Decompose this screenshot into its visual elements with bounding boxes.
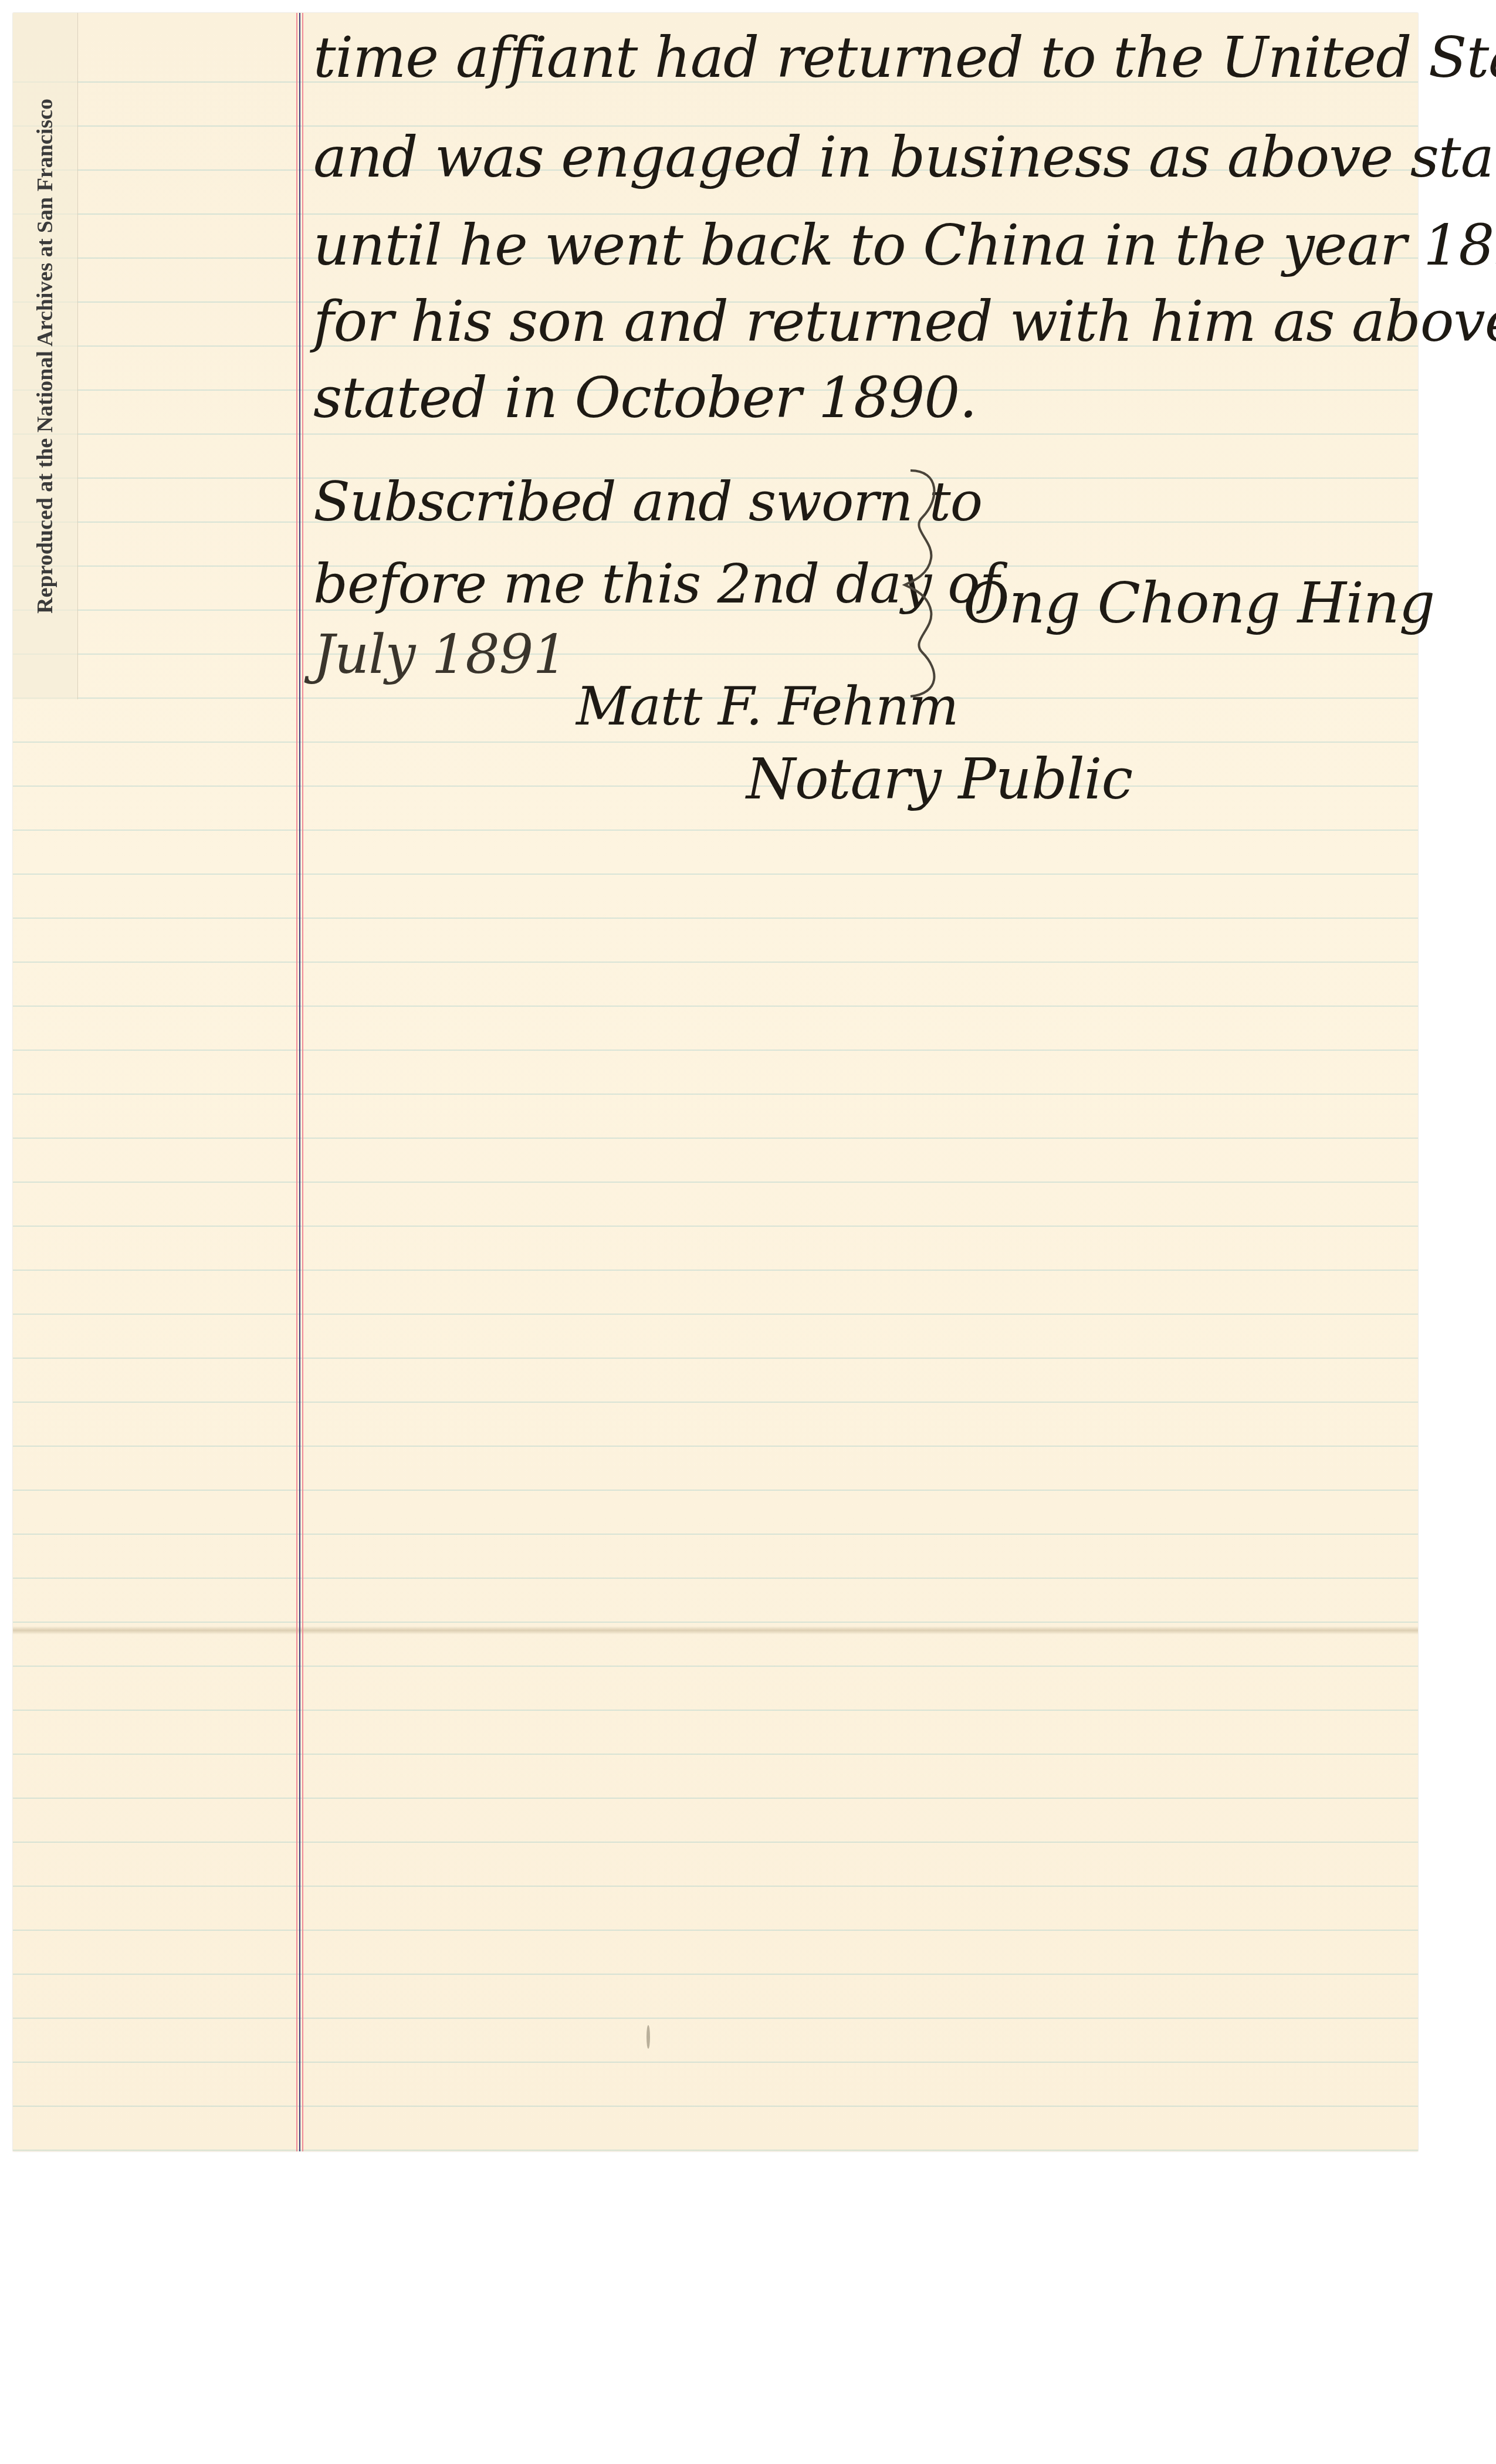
- jurat-line-3: July 1891: [313, 623, 567, 686]
- body-line-4: for his son and returned with him as abo…: [313, 289, 1496, 354]
- jurat-line-1: Subscribed and sworn to: [313, 471, 982, 533]
- affiant-signature: Ong Chong Hing: [963, 570, 1434, 636]
- body-line-2: and was engaged in business as above sta…: [313, 124, 1496, 190]
- ruled-paper-page: time affiant had returned to the United …: [13, 13, 1418, 2151]
- notary-title: Notary Public: [746, 746, 1132, 812]
- archive-stamp-strip: Reproduced at the National Archives at S…: [13, 13, 78, 699]
- body-line-1: time affiant had returned to the United …: [313, 25, 1496, 90]
- jurat-line-2: before me this 2nd day of: [313, 553, 999, 615]
- margin-rule-pink-left: [296, 13, 297, 2151]
- margin-rule-pink-right: [302, 13, 303, 2151]
- archive-stamp-text: Reproduced at the National Archives at S…: [32, 99, 58, 614]
- paper-fold-crease: [13, 1626, 1418, 1634]
- ink-mark: [647, 2025, 650, 2049]
- brace-icon: [899, 465, 952, 699]
- body-line-3: until he went back to China in the year …: [313, 212, 1496, 278]
- margin-rule: [296, 13, 303, 2151]
- notary-signature: Matt F. Fehnm: [576, 676, 958, 737]
- margin-rule-blue: [299, 13, 300, 2151]
- body-line-5: stated in October 1890.: [313, 365, 977, 431]
